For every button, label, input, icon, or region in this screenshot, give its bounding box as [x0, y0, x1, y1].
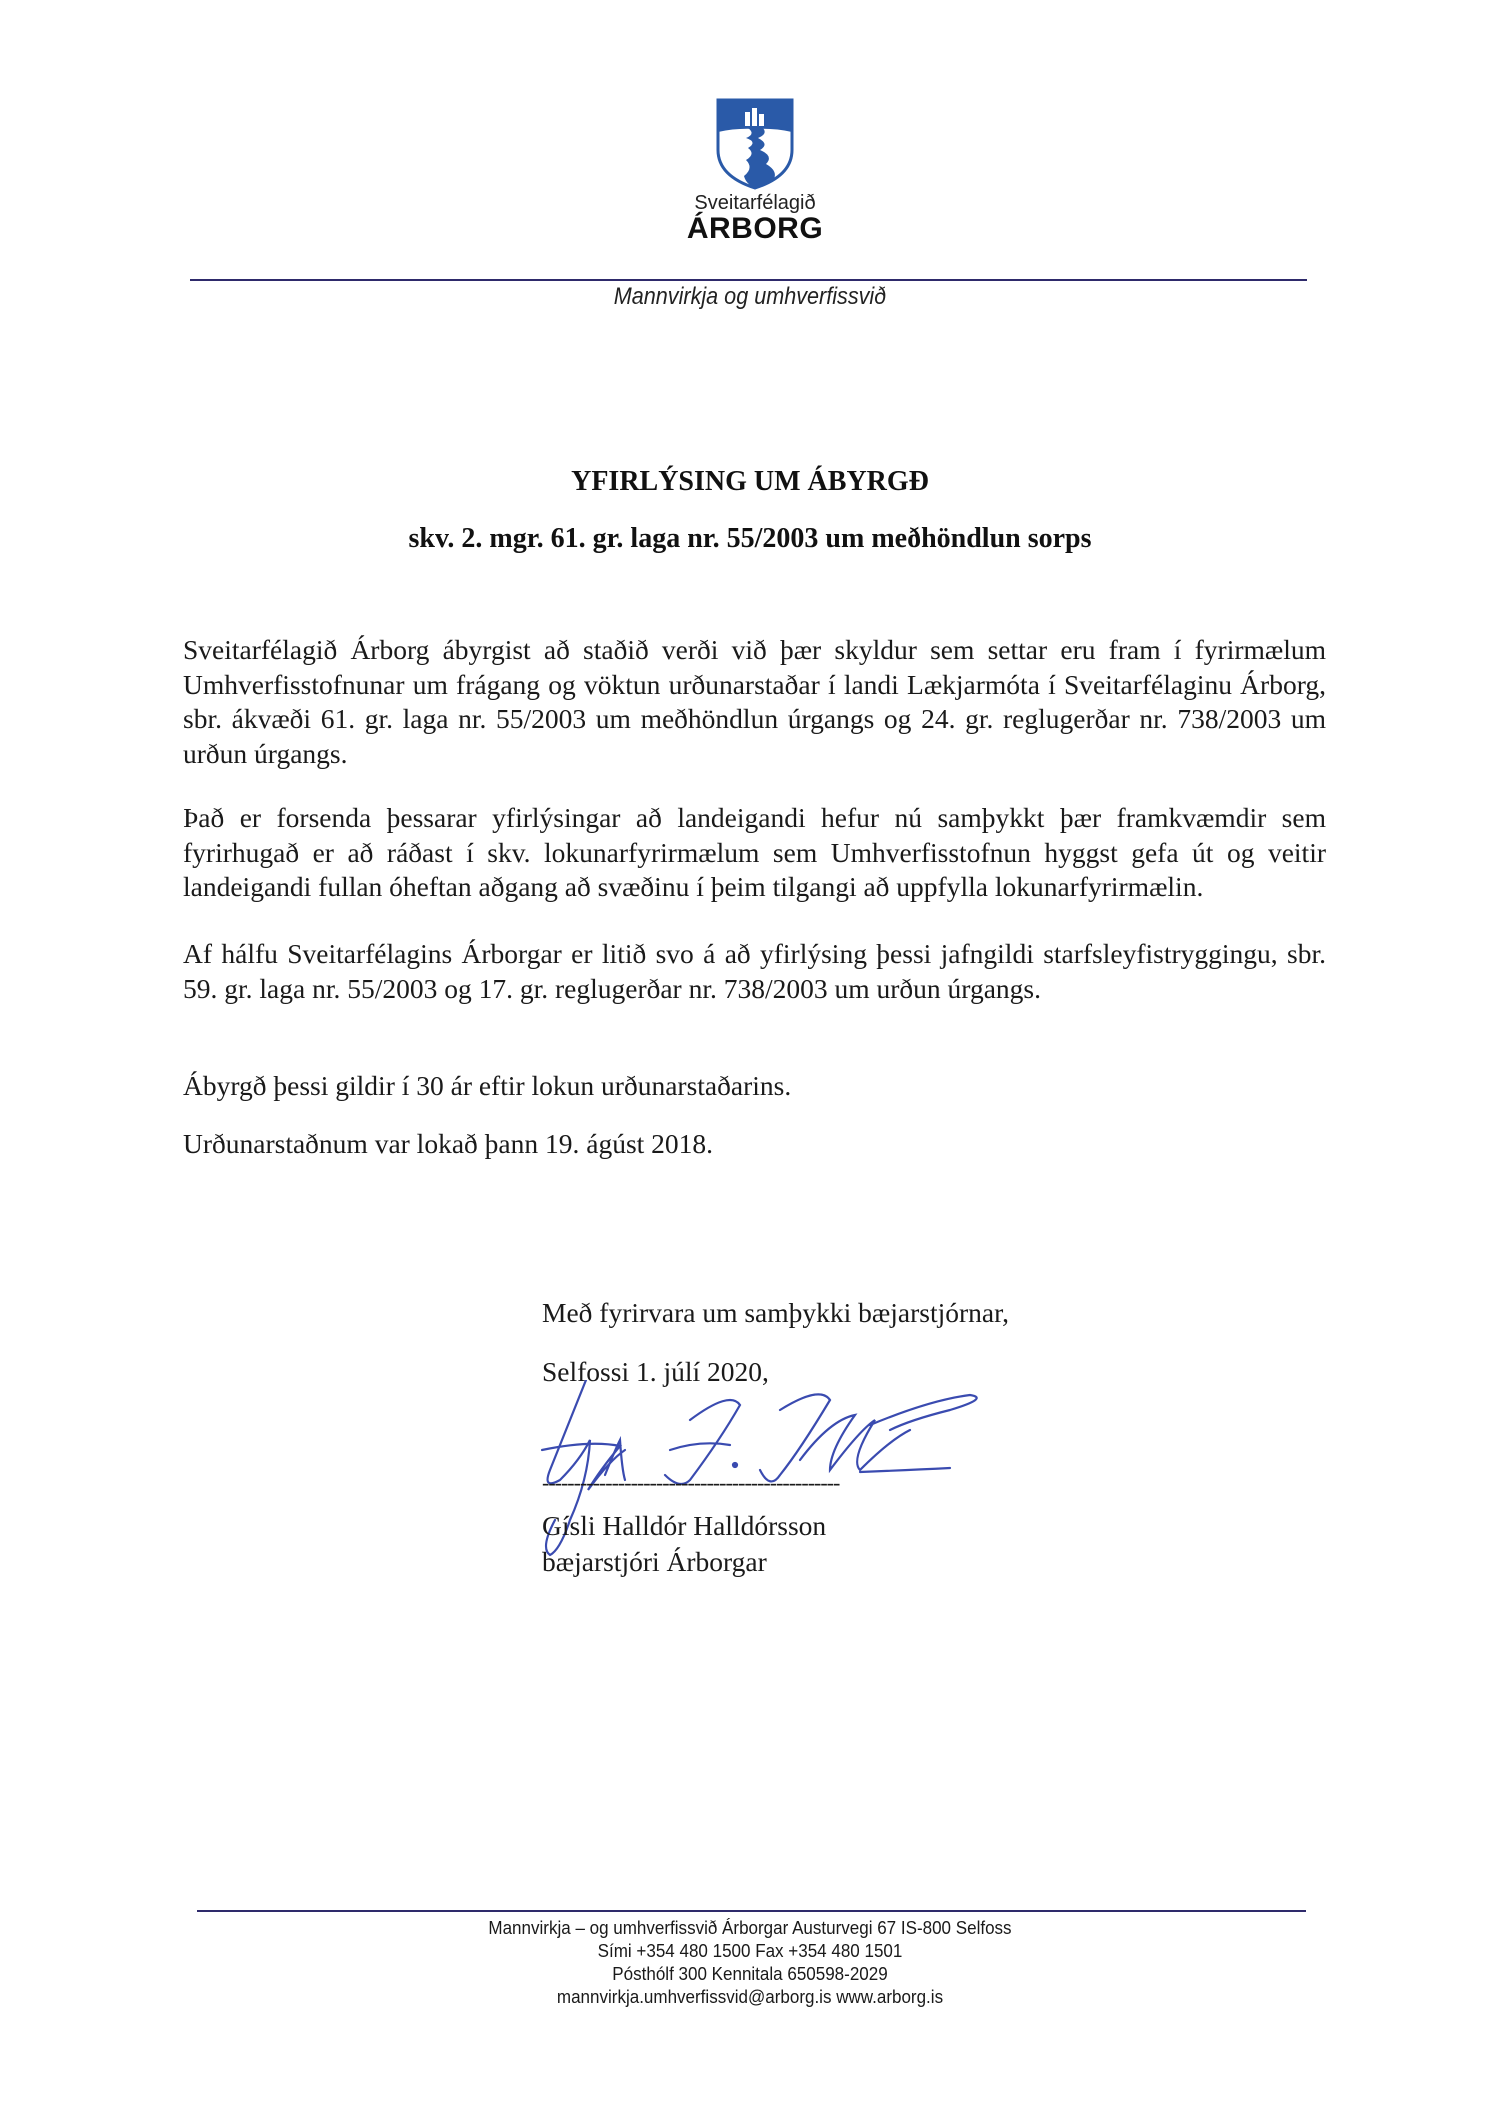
footer-email-web: mannvirkja.umhverfissvid@arborg.is www.a…: [60, 1985, 1440, 2008]
reservation-note: Með fyrirvara um samþykki bæjarstjórnar,: [542, 1297, 1009, 1329]
footer-address: Mannvirkja – og umhverfissvið Árborgar A…: [60, 1916, 1440, 1939]
footer-contact: Mannvirkja – og umhverfissvið Árborgar A…: [0, 1916, 1500, 2008]
department-name: Mannvirkja og umhverfissvið: [75, 283, 1425, 311]
header-divider: [190, 279, 1307, 281]
paragraph-landowner-consent: Það er forsenda þessarar yfirlýsingar að…: [183, 801, 1326, 905]
paragraph-duration: Ábyrgð þessi gildir í 30 ár eftir lokun …: [183, 1069, 1326, 1104]
document-title: YFIRLÝSING UM ÁBYRGÐ: [0, 466, 1500, 498]
paragraph-text: Sveitarfélagið Árborg ábyrgist að staðið…: [183, 633, 1326, 771]
org-name-line2: ÁRBORG: [650, 215, 860, 243]
paragraph-text: Það er forsenda þessarar yfirlýsingar að…: [183, 801, 1326, 905]
document-subtitle: skv. 2. mgr. 61. gr. laga nr. 55/2003 um…: [0, 523, 1500, 555]
footer-divider: [197, 1910, 1306, 1912]
footer-phone-fax: Sími +354 480 1500 Fax +354 480 1501: [60, 1939, 1440, 1962]
letterhead-logo: Sveitarfélagið ÁRBORG: [650, 98, 860, 243]
signature-line: ----------------------------------------…: [542, 1470, 839, 1496]
paragraph-closure-date: Urðunarstaðnum var lokað þann 19. ágúst …: [183, 1127, 1326, 1162]
paragraph-equivalence: Af hálfu Sveitarfélagins Árborgar er lit…: [183, 937, 1326, 1006]
paragraph-text: Urðunarstaðnum var lokað þann 19. ágúst …: [183, 1127, 1326, 1162]
paragraph-guarantee: Sveitarfélagið Árborg ábyrgist að staðið…: [183, 633, 1326, 771]
paragraph-text: Ábyrgð þessi gildir í 30 ár eftir lokun …: [183, 1069, 1326, 1104]
coat-of-arms-shield-icon: [716, 98, 794, 190]
signatory-title: bæjarstjóri Árborgar: [542, 1546, 767, 1578]
footer-pobox-id: Pósthólf 300 Kennitala 650598-2029: [60, 1962, 1440, 1985]
signatory-name: Gísli Halldór Halldórsson: [542, 1510, 826, 1542]
paragraph-text: Af hálfu Sveitarfélagins Árborgar er lit…: [183, 937, 1326, 1006]
